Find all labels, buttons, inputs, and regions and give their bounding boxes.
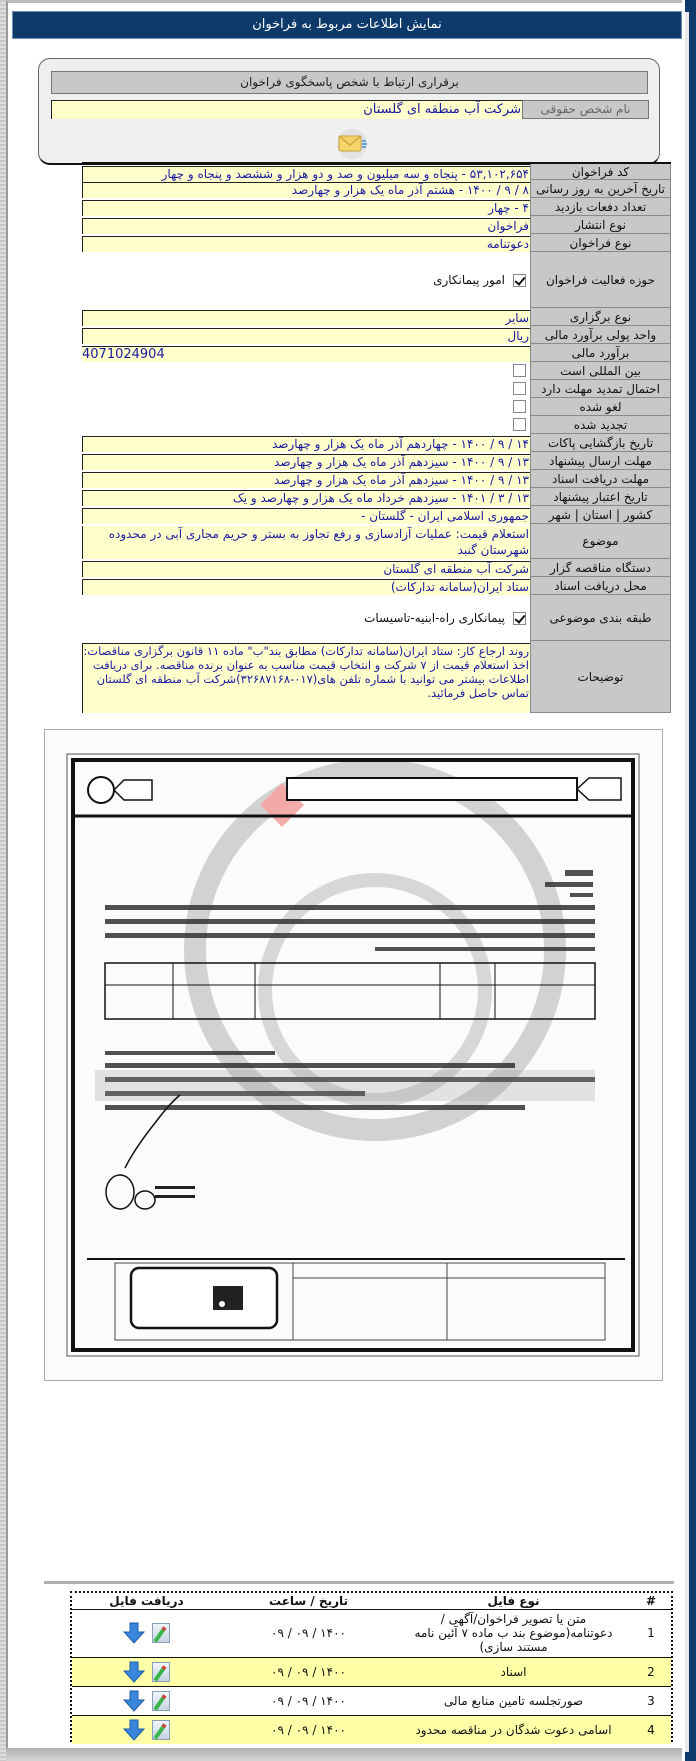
file-date: ۱۴۰۰ / ۰۹ / ۰۹ [221,1715,396,1744]
file-row: 3 صورتجلسه تامین منابع مالی ۱۴۰۰ / ۰۹ / … [72,1686,671,1715]
value-publish-type: فراخوان [82,218,530,234]
label-subject: موضوع [530,524,671,559]
value-docs-location: ستاد ایران(سامانه تدارکات) [82,579,530,595]
contact-label: نام شخص حقوقی [522,100,649,119]
contact-value: شرکت آب منطقه ای گلستان [51,100,522,119]
divider [44,1581,674,1584]
file-type: متن یا تصویر فراخوان/آگهی /دعوتنامه(موضو… [396,1609,631,1657]
value-description: روند ارجاع کار: ستاد ایران(سامانه تدارکا… [82,643,530,713]
col-index: # [631,1593,671,1609]
label-docs-deadline: مهلت دریافت اسناد [530,470,671,488]
row-docs-deadline: مهلت دریافت اسناد ۱۳ / ۹ / ۱۴۰۰ - سیزدهم… [82,470,671,488]
row-visits: تعداد دفعات بازدید ۴ - چهار [82,198,671,216]
row-docs-location: محل دریافت اسناد ستاد ایران(سامانه تدارک… [82,577,671,595]
row-description: توضیحات روند ارجاع کار: ستاد ایران(سامان… [82,641,671,713]
contact-header: برقراری ارتباط با شخص پاسخگوی فراخوان [51,71,648,94]
renewed-checkbox[interactable] [513,418,526,431]
label-renewed: تجدید شده [530,416,671,434]
col-file-type: نوع فایل [396,1593,631,1609]
file-row: 2 اسناد ۱۴۰۰ / ۰۹ / ۰۹ [72,1657,671,1686]
value-docs-deadline: ۱۳ / ۹ / ۱۴۰۰ - سیزدهم آذر ماه یک هزار و… [82,472,530,488]
download-arrow-icon[interactable] [123,1661,145,1683]
row-renewed: تجدید شده [82,416,671,434]
contact-box: برقراری ارتباط با شخص پاسخگوی فراخوان نا… [38,58,660,165]
file-date: ۱۴۰۰ / ۰۹ / ۰۹ [221,1609,396,1657]
view-file-icon[interactable] [152,1691,170,1711]
download-cell [72,1657,221,1686]
row-subject: موضوع استعلام قیمت: عملیات آزادسازی و رف… [82,524,671,559]
cancelled-checkbox[interactable] [513,400,526,413]
row-cancelled: لغو شده [82,398,671,416]
value-call-type: دعوتنامه [82,236,530,252]
label-call-type: نوع فراخوان [530,234,671,252]
value-subject: استعلام قیمت: عملیات آزادسازی و رفع تجاو… [82,526,530,559]
file-row: 4 اسامی دعوت شدگان در مناقصه محدود ۱۴۰۰ … [72,1715,671,1744]
call-document-image [44,729,663,1381]
page-title: نمایش اطلاعات مربوط به فراخوان [252,17,441,32]
label-submit-deadline: مهلت ارسال پیشنهاد [530,452,671,470]
label-organizer: دستگاه مناقصه گزار [530,559,671,577]
category-checkbox[interactable] [513,612,526,625]
download-arrow-icon[interactable] [123,1690,145,1712]
file-type: صورتجلسه تامین منابع مالی [396,1686,631,1715]
value-estimate: 4071024904 [82,346,530,362]
download-cell [72,1715,221,1744]
row-holding-type: نوع برگزاری سایر [82,308,671,326]
files-table: # نوع فایل تاریخ / ساعت دریافت فایل 1 مت… [70,1591,673,1742]
row-last-update: تاریخ آخرین به روز رسانی ۸ / ۹ / ۱۴۰۰ - … [82,180,671,198]
row-code: کد فراخوان ۵۳,۱۰۲,۶۵۴ - پنجاه و سه میلیو… [82,162,671,180]
label-last-update: تاریخ آخرین به روز رسانی [530,180,671,198]
file-type: اسامی دعوت شدگان در مناقصه محدود [396,1715,631,1744]
label-description: توضیحات [530,641,671,713]
download-cell [72,1609,221,1657]
file-row: 1 متن یا تصویر فراخوان/آگهی /دعوتنامه(مو… [72,1609,671,1657]
right-scroll-edge [682,0,696,1761]
call-details-form: کد فراخوان ۵۳,۱۰۲,۶۵۴ - پنجاه و سه میلیو… [82,162,671,713]
file-index: 2 [631,1657,671,1686]
row-estimate: برآورد مالی 4071024904 [82,344,671,362]
view-file-icon[interactable] [152,1623,170,1643]
label-activity-area: حوزه فعالیت فراخوان [530,252,671,308]
value-last-update: ۸ / ۹ / ۱۴۰۰ - هشتم آذر ماه یک هزار و چه… [82,182,530,198]
international-checkbox[interactable] [513,364,526,377]
label-location: کشور | استان | شهر [530,506,671,524]
label-docs-location: محل دریافت اسناد [530,577,671,595]
label-extension: احتمال تمدید مهلت دارد [530,380,671,398]
label-international: بین المللی است [530,362,671,380]
row-location: کشور | استان | شهر جمهوری اسلامی ایران -… [82,506,671,524]
label-cancelled: لغو شده [530,398,671,416]
envelope-icon[interactable] [335,128,369,160]
row-submit-deadline: مهلت ارسال پیشنهاد ۱۳ / ۹ / ۱۴۰۰ - سیزده… [82,452,671,470]
window-bottom-edge [6,1748,682,1761]
activity-area-checkbox[interactable] [513,274,526,287]
row-validity-date: تاریخ اعتبار پیشنهاد ۱۳ / ۳ / ۱۴۰۱ - سیز… [82,488,671,506]
value-holding-type: سایر [82,310,530,326]
download-arrow-icon[interactable] [123,1622,145,1644]
col-download: دریافت فایل [72,1593,221,1609]
label-holding-type: نوع برگزاری [530,308,671,326]
page-title-bar: نمایش اطلاعات مربوط به فراخوان [12,11,682,39]
row-currency: واحد پولی برآورد مالی ریال [82,326,671,344]
category-option: پیمانکاری راه-ابنیه-تاسیسات [364,611,505,625]
label-currency: واحد پولی برآورد مالی [530,326,671,344]
download-arrow-icon[interactable] [123,1719,145,1741]
view-file-icon[interactable] [152,1662,170,1682]
value-organizer: شرکت آب منطقه ای گلستان [82,561,530,577]
label-visits: تعداد دفعات بازدید [530,198,671,216]
value-currency: ریال [82,328,530,344]
label-opening-date: تاریخ بازگشایی پاکات [530,434,671,452]
col-date: تاریخ / ساعت [221,1593,396,1609]
label-publish-type: نوع انتشار [530,216,671,234]
value-location: جمهوری اسلامی ایران - گلستان - [82,508,530,524]
value-visits: ۴ - چهار [82,200,530,216]
view-file-icon[interactable] [152,1720,170,1740]
row-international: بین المللی است [82,362,671,380]
label-code: کد فراخوان [530,164,671,180]
file-index: 3 [631,1686,671,1715]
value-submit-deadline: ۱۳ / ۹ / ۱۴۰۰ - سیزدهم آذر ماه یک هزار و… [82,454,530,470]
row-extension: احتمال تمدید مهلت دارد [82,380,671,398]
row-category: طبقه بندی موضوعی پیمانکاری راه-ابنیه-تاس… [82,595,671,641]
activity-area-option: امور پیمانکاری [433,273,505,287]
label-estimate: برآورد مالی [530,344,671,362]
download-cell [72,1686,221,1715]
row-opening-date: تاریخ بازگشایی پاکات ۱۴ / ۹ / ۱۴۰۰ - چها… [82,434,671,452]
row-activity-area: حوزه فعالیت فراخوان امور پیمانکاری [82,252,671,308]
file-date: ۱۴۰۰ / ۰۹ / ۰۹ [221,1657,396,1686]
value-validity-date: ۱۳ / ۳ / ۱۴۰۱ - سیزدهم خرداد ماه یک هزار… [82,490,530,506]
row-call-type: نوع فراخوان دعوتنامه [82,234,671,252]
label-validity-date: تاریخ اعتبار پیشنهاد [530,488,671,506]
extension-checkbox[interactable] [513,382,526,395]
contact-row: نام شخص حقوقی شرکت آب منطقه ای گلستان [51,100,649,119]
label-category: طبقه بندی موضوعی [530,595,671,641]
file-date: ۱۴۰۰ / ۰۹ / ۰۹ [221,1686,396,1715]
value-opening-date: ۱۴ / ۹ / ۱۴۰۰ - چهاردهم آذر ماه یک هزار … [82,436,530,452]
row-publish-type: نوع انتشار فراخوان [82,216,671,234]
file-type: اسناد [396,1657,631,1686]
file-index: 1 [631,1609,671,1657]
row-organizer: دستگاه مناقصه گزار شرکت آب منطقه ای گلست… [82,559,671,577]
file-index: 4 [631,1715,671,1744]
